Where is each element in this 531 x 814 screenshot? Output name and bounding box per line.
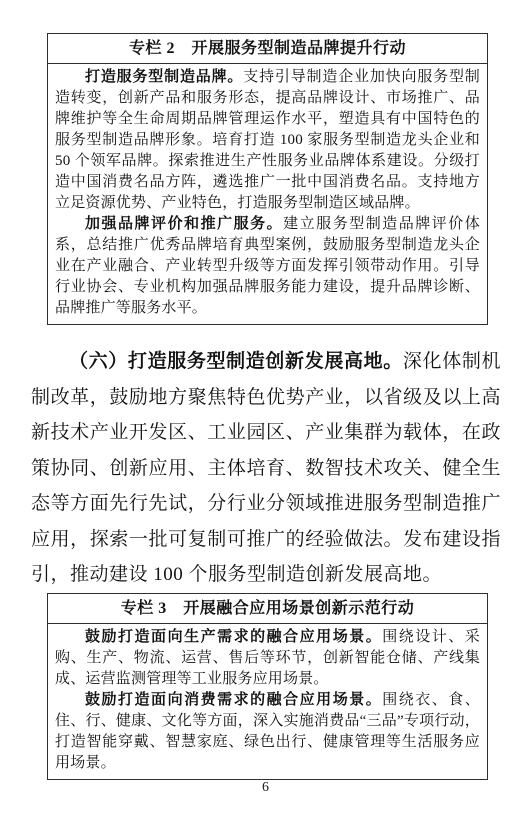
panel-column-3: 专栏 3 开展融合应用场景创新示范行动 鼓励打造面向生产需求的融合应用场景。围绕… bbox=[47, 593, 488, 780]
panel-column-2-title: 专栏 2 开展服务型制造品牌提升行动 bbox=[48, 34, 487, 64]
paragraph-lead: 鼓励打造面向生产需求的融合应用场景。 bbox=[85, 629, 382, 645]
panel-paragraph: 打造服务型制造品牌。支持引导制造企业加快向服务型制造转变，创新产品和服务形态，提… bbox=[55, 67, 480, 214]
section-6-paragraph: （六）打造服务型制造创新发展高地。深化体制机制改革，鼓励地方聚焦特色优势产业，以… bbox=[31, 344, 501, 593]
page-number: 6 bbox=[0, 780, 531, 796]
paragraph-lead: 打造服务型制造品牌。 bbox=[85, 69, 243, 85]
panel-column-2-body: 打造服务型制造品牌。支持引导制造企业加快向服务型制造转变，创新产品和服务形态，提… bbox=[48, 64, 487, 324]
panel-paragraph: 鼓励打造面向消费需求的融合应用场景。围绕衣、食、住、行、健康、文化等方面，深入实… bbox=[55, 690, 480, 774]
document-page: 专栏 2 开展服务型制造品牌提升行动 打造服务型制造品牌。支持引导制造企业加快向… bbox=[0, 0, 531, 814]
paragraph-lead: 鼓励打造面向消费需求的融合应用场景。 bbox=[85, 692, 382, 708]
paragraph-lead: 加强品牌评价和推广服务。 bbox=[85, 216, 283, 232]
paragraph-text: 支持引导制造企业加快向服务型制造转变，创新产品和服务形态，提高品牌设计、市场推广… bbox=[55, 69, 480, 211]
panel-column-2: 专栏 2 开展服务型制造品牌提升行动 打造服务型制造品牌。支持引导制造企业加快向… bbox=[47, 33, 488, 325]
panel-column-3-title: 专栏 3 开展融合应用场景创新示范行动 bbox=[48, 594, 487, 624]
section-6-text: 深化体制机制改革，鼓励地方聚焦特色优势产业，以省级及以上高新技术产业开发区、工业… bbox=[31, 351, 501, 585]
panel-column-3-body: 鼓励打造面向生产需求的融合应用场景。围绕设计、采购、生产、物流、运营、售后等环节… bbox=[48, 624, 487, 779]
section-6-heading: （六）打造服务型制造创新发展高地。 bbox=[69, 351, 403, 372]
panel-paragraph: 加强品牌评价和推广服务。建立服务型制造品牌评价体系，总结推广优秀品牌培育典型案例… bbox=[55, 214, 480, 319]
panel-paragraph: 鼓励打造面向生产需求的融合应用场景。围绕设计、采购、生产、物流、运营、售后等环节… bbox=[55, 627, 480, 690]
